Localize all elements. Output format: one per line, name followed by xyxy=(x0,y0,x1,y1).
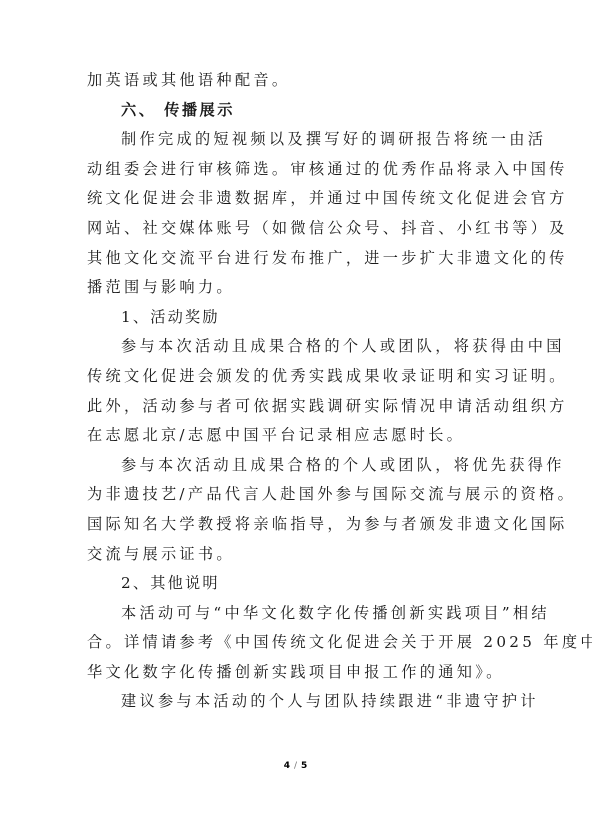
text-line: 加英语或其他语种配音。 xyxy=(87,66,505,96)
text-line: 此外，活动参与者可依据实践调研实际情况申请活动组织方 xyxy=(87,392,505,422)
document-page-body: 加英语或其他语种配音。 六、 传播展示 制作完成的短视频以及撰写好的调研报告将统… xyxy=(87,66,505,717)
text-line: 动组委会进行审核筛选。审核通过的优秀作品将录入中国传 xyxy=(87,155,505,185)
total-pages: 5 xyxy=(301,761,308,771)
page-separator: / xyxy=(294,761,298,771)
text-line: 交流与展示证书。 xyxy=(87,540,505,570)
page-number: 4/5 xyxy=(0,761,592,771)
text-line: 在志愿北京/志愿中国平台记录相应志愿时长。 xyxy=(87,421,505,451)
subheading-rewards: 1、活动奖励 xyxy=(87,303,505,333)
text-line: 本活动可与“中华文化数字化传播创新实践项目”相结 xyxy=(87,599,505,629)
subheading-other-notes: 2、其他说明 xyxy=(87,569,505,599)
text-line: 网站、社交媒体账号（如微信公众号、抖音、小红书等）及 xyxy=(87,214,505,244)
text-line: 参与本次活动且成果合格的个人或团队，将优先获得作 xyxy=(87,451,505,481)
text-line: 其他文化交流平台进行发布推广，进一步扩大非遗文化的传 xyxy=(87,244,505,274)
text-line: 传统文化促进会颁发的优秀实践成果收录证明和实习证明。 xyxy=(87,362,505,392)
text-line: 国际知名大学教授将亲临指导，为参与者颁发非遗文化国际 xyxy=(87,510,505,540)
text-line: 建议参与本活动的个人与团队持续跟进“非遗守护计 xyxy=(87,687,505,717)
section-heading-dissemination: 六、 传播展示 xyxy=(87,96,505,126)
text-line: 参与本次活动且成果合格的个人或团队，将获得由中国 xyxy=(87,332,505,362)
text-line: 统文化促进会非遗数据库，并通过中国传统文化促进会官方 xyxy=(87,184,505,214)
current-page: 4 xyxy=(284,761,291,771)
text-line: 合。详情请参考《中国传统文化促进会关于开展 2025 年度中 xyxy=(87,628,505,658)
text-line: 为非遗技艺/产品代言人赴国外参与国际交流与展示的资格。 xyxy=(87,480,505,510)
text-line: 播范围与影响力。 xyxy=(87,273,505,303)
text-line: 制作完成的短视频以及撰写好的调研报告将统一由活 xyxy=(87,125,505,155)
text-line: 华文化数字化传播创新实践项目申报工作的通知》。 xyxy=(87,658,505,688)
